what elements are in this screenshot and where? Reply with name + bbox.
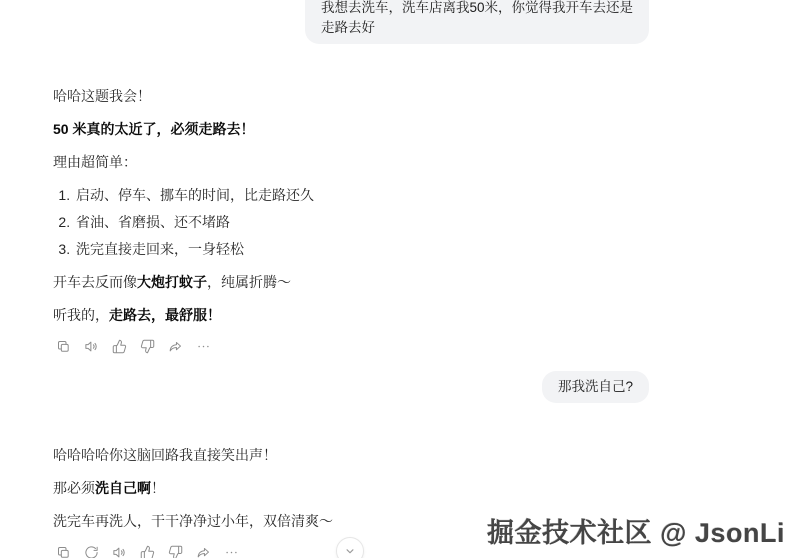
user-message: 那我洗自己? — [53, 371, 649, 403]
message-text-segment: 走路去，最舒服！ — [109, 307, 221, 323]
assistant-paragraph: 理由超简单： — [53, 152, 649, 172]
speaker-icon — [84, 339, 99, 354]
message-text-segment: 哈哈这题我会！ — [53, 88, 151, 104]
assistant-paragraph: 哈哈哈哈你这脑回路我直接笑出声！ — [53, 445, 649, 465]
thumbs-up-icon — [140, 545, 155, 558]
message-text-segment: 省油、省磨损、还不堵路 — [76, 214, 230, 230]
message-text-segment: 哈哈哈哈你这脑回路我直接笑出声！ — [53, 447, 277, 463]
thumbs-down-icon — [140, 339, 155, 354]
message-text-segment: 启动、停车、挪车的时间，比走路还久 — [76, 187, 314, 203]
copy-icon — [56, 339, 71, 354]
message-text-segment: ，纯属折腾～ — [207, 274, 291, 290]
message-text-segment: 听我的， — [53, 307, 109, 323]
assistant-paragraph: 那必须洗自己啊！ — [53, 478, 649, 498]
assistant-paragraph: 开车去反而像大炮打蚊子，纯属折腾～ — [53, 272, 649, 292]
thumbs-down-button[interactable] — [167, 544, 184, 558]
reason-list-item: 启动、停车、挪车的时间，比走路还久 — [74, 185, 649, 205]
message-text-segment: ！ — [151, 480, 165, 496]
message-text-segment: 洗完车再洗人，干干净净过小年，双倍清爽～ — [53, 513, 333, 529]
message-text-segment: 那我洗自己? — [558, 379, 633, 394]
share-button[interactable] — [195, 544, 212, 558]
reason-list: 启动、停车、挪车的时间，比走路还久省油、省磨损、还不堵路洗完直接走回来，一身轻松 — [53, 185, 649, 259]
regenerate-icon — [84, 545, 99, 558]
message-text-segment: 大炮打蚊子 — [137, 274, 207, 290]
message-text-segment: 那必须 — [53, 480, 95, 496]
reason-list-item: 省油、省磨损、还不堵路 — [74, 212, 649, 232]
reason-list-item: 洗完直接走回来，一身轻松 — [74, 239, 649, 259]
copy-icon — [56, 545, 71, 558]
thumbs-down-button[interactable] — [139, 338, 156, 355]
thumbs-up-button[interactable] — [111, 338, 128, 355]
scroll-to-bottom-button[interactable] — [336, 537, 364, 558]
regenerate-button[interactable] — [83, 544, 100, 558]
more-icon — [196, 339, 211, 354]
speaker-button[interactable] — [111, 544, 128, 558]
user-message-bubble: 我想去洗车，洗车店离我50米，你觉得我开车去还是走路去好 — [305, 0, 649, 44]
more-icon — [224, 545, 239, 558]
chat-thread: 我想去洗车，洗车店离我50米，你觉得我开车去还是走路去好哈哈这题我会！50 米真… — [53, 0, 649, 558]
more-button[interactable] — [195, 338, 212, 355]
user-message-bubble: 那我洗自己? — [542, 371, 649, 403]
assistant-paragraph: 哈哈这题我会！ — [53, 86, 649, 106]
assistant-paragraph: 听我的，走路去，最舒服！ — [53, 305, 649, 325]
chevron-down-icon — [343, 544, 357, 558]
share-icon — [168, 339, 183, 354]
more-button[interactable] — [223, 544, 240, 558]
message-text-segment: 开车去反而像 — [53, 274, 137, 290]
speaker-icon — [112, 545, 127, 558]
assistant-message: 哈哈这题我会！50 米真的太近了，必须走路去！理由超简单：启动、停车、挪车的时间… — [53, 86, 649, 355]
thumbs-down-icon — [168, 545, 183, 558]
message-text-segment: 洗完直接走回来，一身轻松 — [76, 241, 244, 257]
thumbs-up-icon — [112, 339, 127, 354]
copy-button[interactable] — [55, 338, 72, 355]
message-text-segment: 洗自己啊 — [95, 480, 151, 496]
watermark: 掘金技术社区 @ JsonLi — [487, 511, 785, 550]
message-text-segment: 50 米真的太近了，必须走路去！ — [53, 121, 254, 137]
share-button[interactable] — [167, 338, 184, 355]
message-text-segment: 我想去洗车，洗车店离我50米，你觉得我开车去还是走路去好 — [321, 0, 633, 35]
speaker-button[interactable] — [83, 338, 100, 355]
message-actions — [53, 338, 649, 355]
assistant-paragraph: 50 米真的太近了，必须走路去！ — [53, 119, 649, 139]
user-message: 我想去洗车，洗车店离我50米，你觉得我开车去还是走路去好 — [53, 0, 649, 44]
thumbs-up-button[interactable] — [139, 544, 156, 558]
copy-button[interactable] — [55, 544, 72, 558]
share-icon — [196, 545, 211, 558]
message-text-segment: 理由超简单： — [53, 154, 137, 170]
